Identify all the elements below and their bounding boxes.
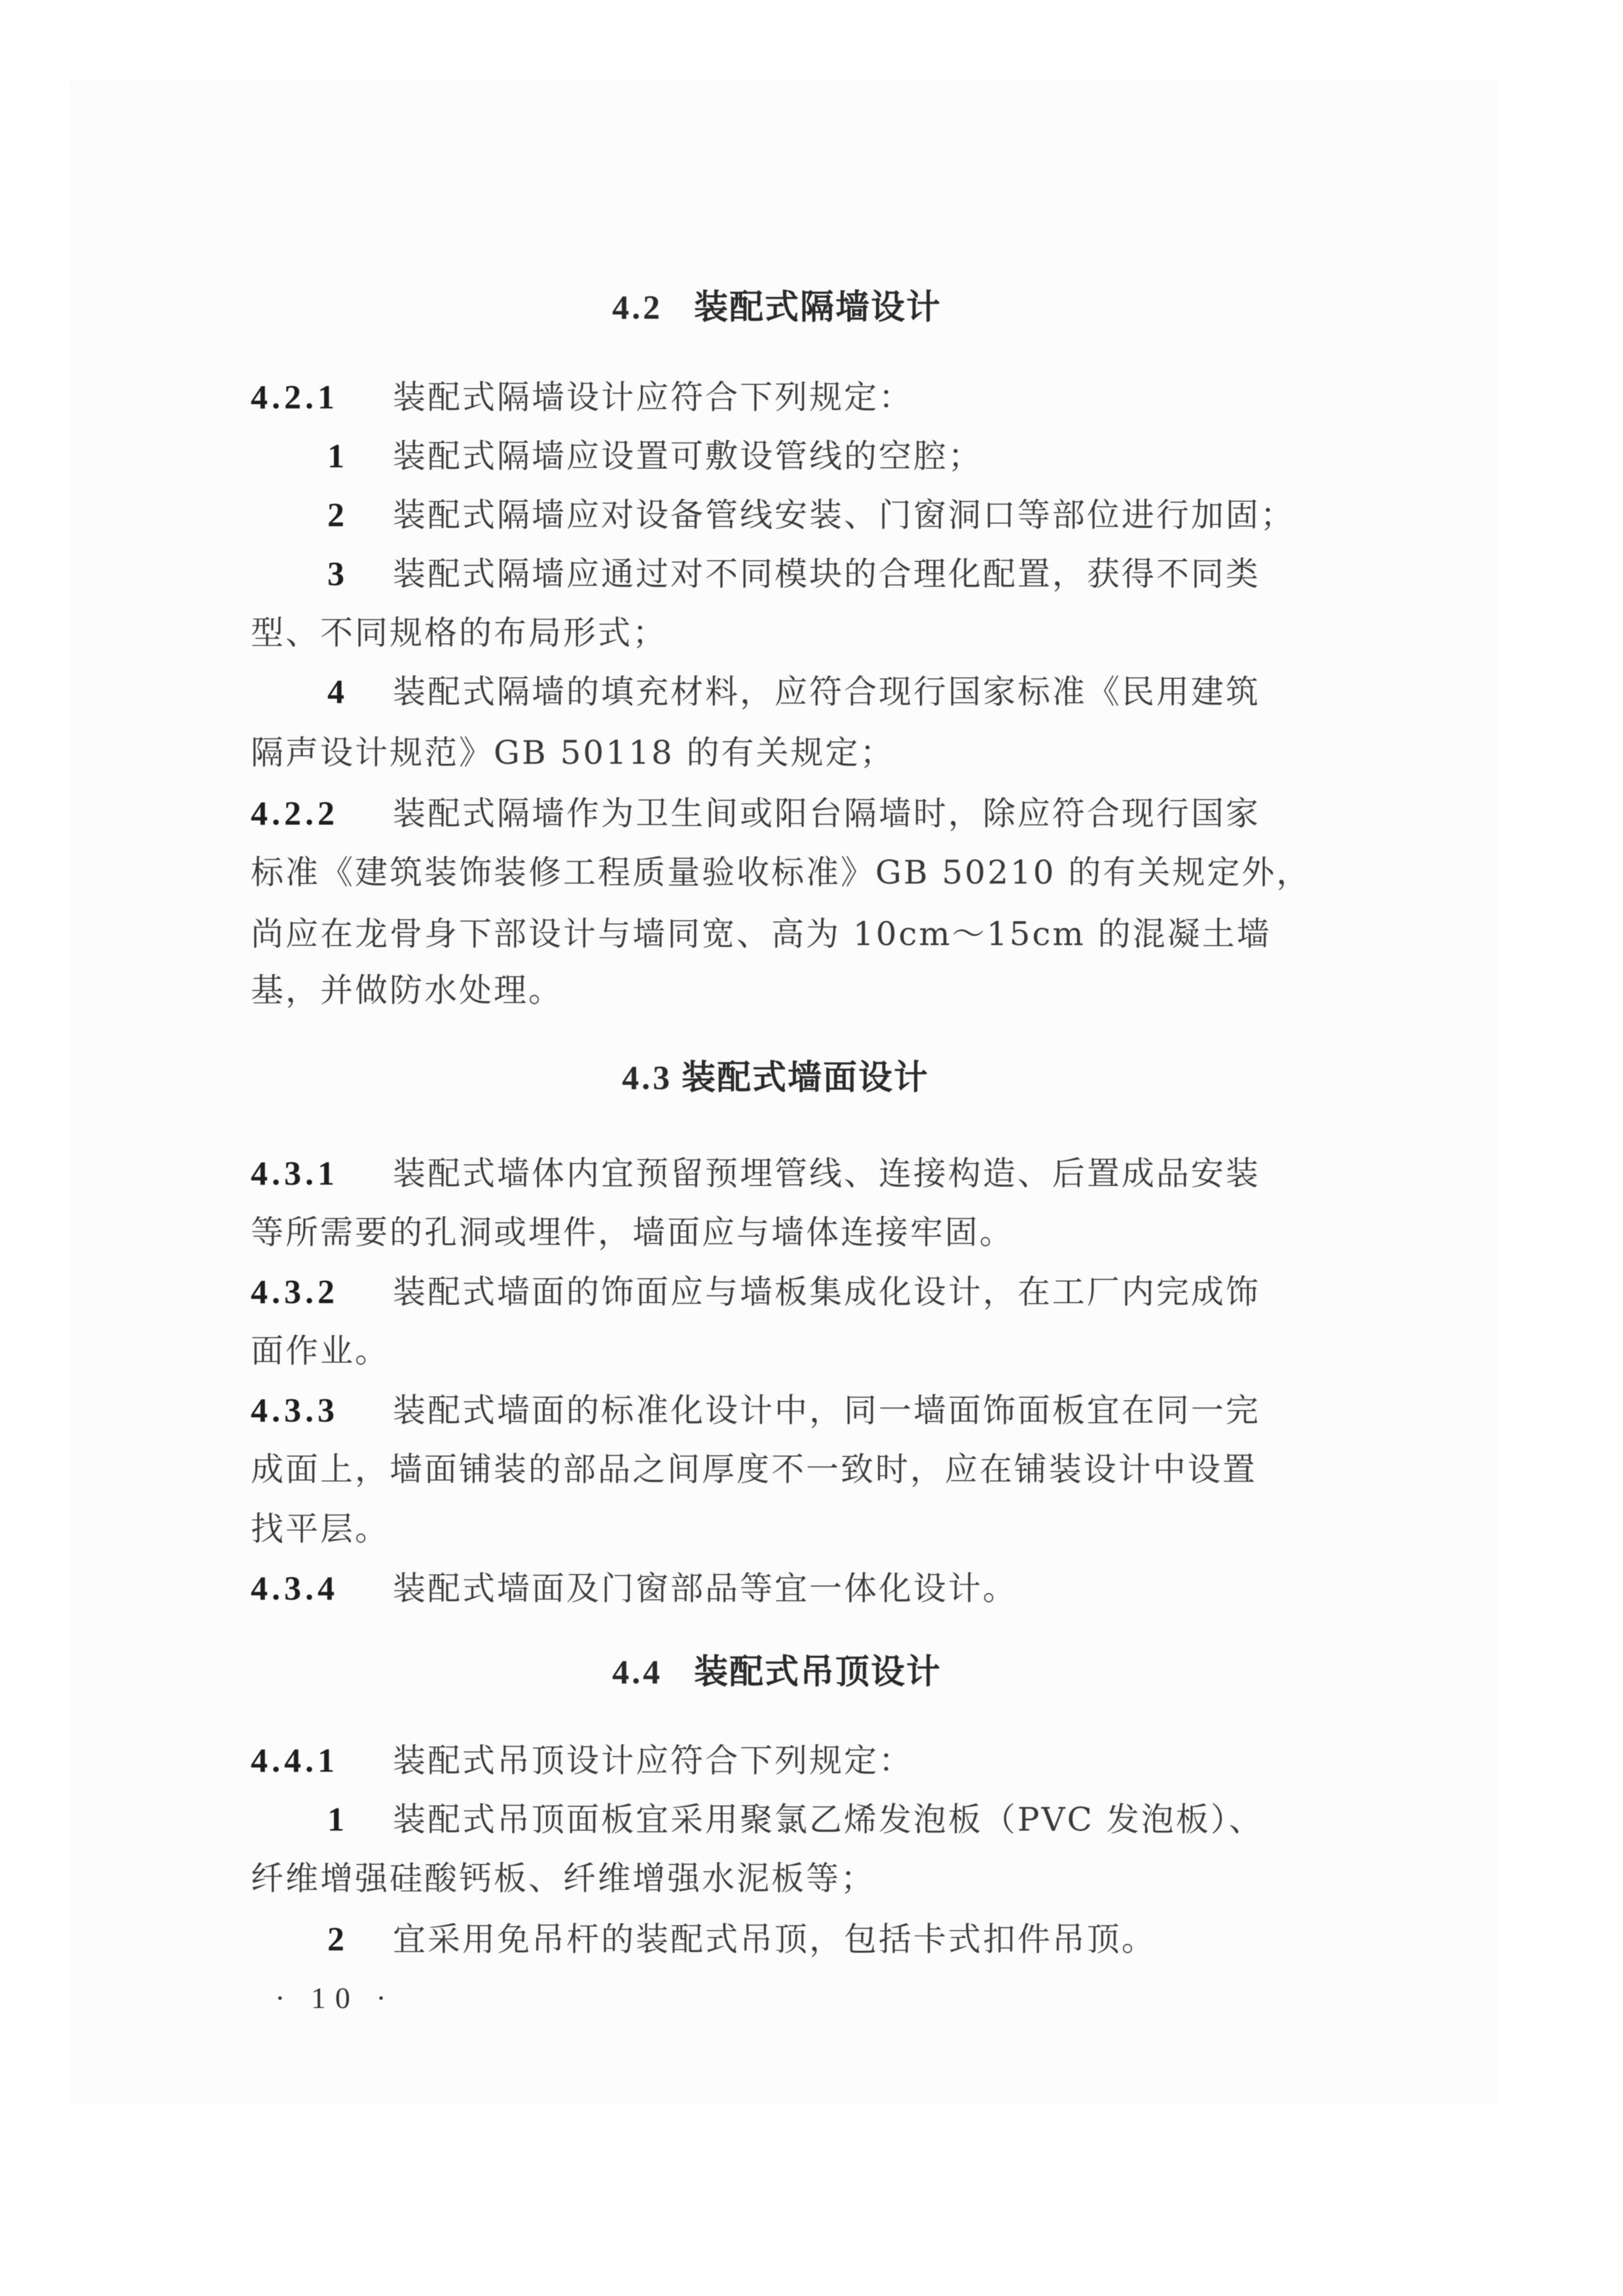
clause-number: 4.3.1 [251,1151,393,1197]
clause-number: 4.2.1 [251,375,393,421]
item-text: 宜采用免吊杆的装配式吊顶，包括卡式扣件吊顶。 [393,1920,1156,1958]
clause-text: 装配式墙面的标准化设计中，同一墙面饰面板宜在同一完 [393,1391,1260,1429]
item-text: 装配式隔墙的填充材料，应符合现行国家标准《民用建筑 [393,673,1260,711]
clause-number: 4.3.2 [251,1270,393,1316]
list-item-4-2-1-4: 4装配式隔墙的填充材料，应符合现行国家标准《民用建筑 [251,669,1260,715]
clause-4-2-1: 4.2.1装配式隔墙设计应符合下列规定： [251,374,913,420]
section-title: 装配式吊顶设计 [694,1653,941,1692]
item-text: 装配式隔墙应对设备管线安装、门窗洞口等部位进行加固； [393,496,1295,534]
clause-4-3-4: 4.3.4装配式墙面及门窗部品等宜一体化设计。 [251,1566,1017,1611]
list-item-4-2-1-2: 2装配式隔墙应对设备管线安装、门窗洞口等部位进行加固； [251,492,1295,538]
clause-text: 装配式墙面及门窗部品等宜一体化设计。 [393,1570,1017,1607]
clause-4-3-2: 4.3.2装配式墙面的饰面应与墙板集成化设计，在工厂内完成饰 [251,1269,1260,1315]
item-number: 3 [327,552,393,598]
clause-text: 装配式墙体内宜预留预埋管线、连接构造、后置成品安装 [393,1155,1260,1193]
item-text: 装配式吊顶面板宜采用聚氯乙烯发泡板（PVC 发泡板）、 [393,1801,1264,1839]
clause-continuation: 标准《建筑装饰装修工程质量验收标准》GB 50210 的有关规定外， [251,850,1311,895]
clause-4-3-1: 4.3.1装配式墙体内宜预留预埋管线、连接构造、后置成品安装 [251,1151,1260,1196]
section-number: 4.2 [612,289,663,327]
list-item-4-4-1-2: 2宜采用免吊杆的装配式吊顶，包括卡式扣件吊顶。 [251,1916,1156,1962]
list-item-4-2-1-1: 1装配式隔墙应设置可敷设管线的空腔； [251,433,983,479]
section-heading-4-4: 4.4装配式吊顶设计 [612,1646,941,1698]
clause-number: 4.2.2 [251,791,393,837]
clause-number: 4.4.1 [251,1738,393,1784]
item-text: 装配式隔墙应通过对不同模块的合理化配置，获得不同类 [393,555,1260,593]
clause-continuation: 基，并做防水处理。 [251,967,563,1013]
list-item-continuation: 纤维增强硅酸钙板、纤维增强水泥板等； [251,1856,875,1901]
item-number: 4 [327,670,393,715]
list-item-continuation: 隔声设计规范》GB 50118 的有关规定； [251,730,895,776]
item-number: 2 [327,1917,393,1963]
clause-4-2-2: 4.2.2装配式隔墙作为卫生间或阳台隔墙时，除应符合现行国家 [251,791,1260,836]
list-item-4-2-1-3: 3装配式隔墙应通过对不同模块的合理化配置，获得不同类 [251,551,1260,597]
clause-continuation: 找平层。 [251,1506,390,1552]
section-number: 4.3 [622,1060,672,1097]
clause-4-3-3: 4.3.3装配式墙面的标准化设计中，同一墙面饰面板宜在同一完 [251,1388,1260,1433]
clause-continuation: 成面上，墙面铺装的部品之间厚度不一致时，应在铺装设计中设置 [251,1446,1257,1492]
clause-text: 装配式墙面的饰面应与墙板集成化设计，在工厂内完成饰 [393,1273,1260,1311]
section-number: 4.4 [612,1654,663,1691]
section-heading-4-2: 4.2装配式隔墙设计 [612,281,941,334]
list-item-continuation: 型、不同规格的布局形式； [251,610,667,656]
list-item-4-4-1-1: 1装配式吊顶面板宜采用聚氯乙烯发泡板（PVC 发泡板）、 [251,1797,1264,1842]
clause-continuation: 尚应在龙骨身下部设计与墙同宽、高为 10cm～15cm 的混凝土墙 [251,911,1271,957]
section-title: 装配式墙面设计 [682,1058,929,1098]
item-number: 1 [327,434,393,480]
item-text: 装配式隔墙应设置可敷设管线的空腔； [393,437,983,475]
item-number: 2 [327,493,393,539]
clause-text: 装配式隔墙设计应符合下列规定： [393,378,913,416]
section-title: 装配式隔墙设计 [694,288,941,327]
clause-continuation: 面作业。 [251,1328,390,1374]
clause-number: 4.3.3 [251,1388,393,1434]
section-heading-4-3: 4.3装配式墙面设计 [622,1052,929,1104]
clause-text: 装配式吊顶设计应符合下列规定： [393,1742,913,1780]
page-number: · 10 · [275,1977,395,2020]
clause-number: 4.3.4 [251,1566,393,1612]
item-number: 1 [327,1797,393,1843]
clause-continuation: 等所需要的孔洞或埋件，墙面应与墙体连接牢固。 [251,1210,1014,1255]
clause-4-4-1: 4.4.1装配式吊顶设计应符合下列规定： [251,1738,913,1784]
clause-text: 装配式隔墙作为卫生间或阳台隔墙时，除应符合现行国家 [393,795,1260,833]
